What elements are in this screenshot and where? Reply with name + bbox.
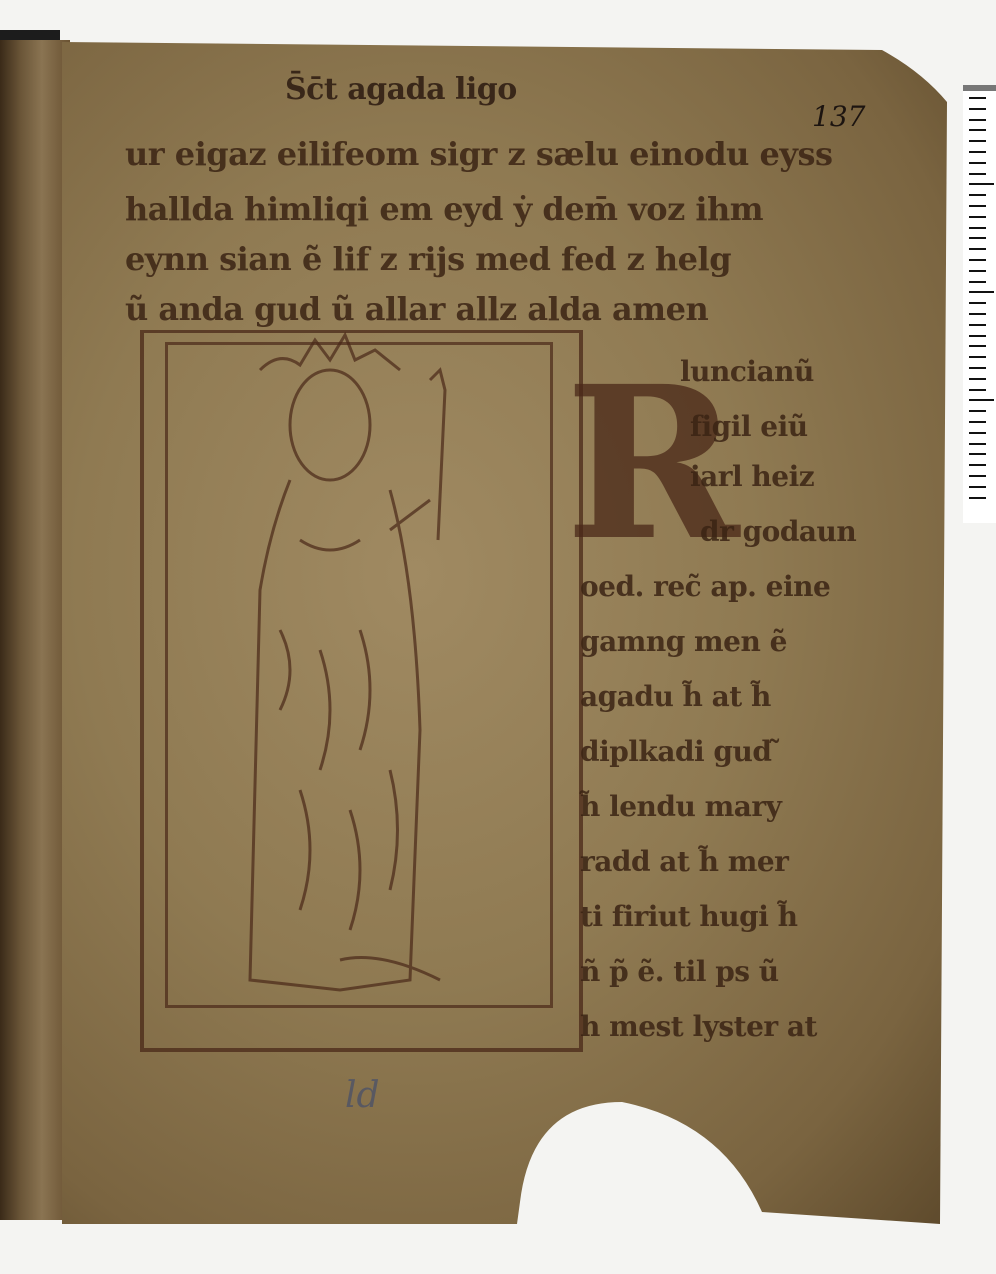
- text-line: eynn sian ẽ lif z rijs med fed z helg: [125, 240, 731, 278]
- ruler-tick: [969, 119, 986, 121]
- ruler-tick: [969, 399, 994, 401]
- column-line: diplkadi gud ̃: [580, 735, 781, 768]
- ruler-tick: [969, 443, 986, 445]
- ruler-tick: [969, 464, 986, 466]
- column-line: h̃ lendu mary: [580, 790, 781, 823]
- column-line: ti firiut hugi h̃: [580, 900, 797, 933]
- column-line: radd at h̃ mer: [580, 845, 788, 878]
- ruler-tick: [969, 378, 986, 380]
- ruler-tick: [969, 129, 986, 131]
- column-line: gamng men ẽ: [580, 625, 787, 658]
- column-line: dr godaun: [700, 515, 856, 548]
- ruler-tick: [969, 270, 986, 272]
- ruler-tick: [969, 486, 986, 488]
- ruler-tick: [969, 389, 986, 391]
- ruler-tick: [969, 324, 986, 326]
- column-line: agadu h̃ at h̃: [580, 680, 771, 713]
- ruler-tick: [969, 302, 986, 304]
- ruler-tick: [969, 237, 986, 239]
- ruler-tick: [969, 313, 986, 315]
- ruler-tick: [969, 410, 986, 412]
- ruler-tick: [969, 475, 986, 477]
- ruler-tick: [969, 248, 986, 250]
- folio-number: 137: [812, 100, 865, 133]
- ruler-tick: [969, 205, 986, 207]
- ruler-tick: [969, 335, 986, 337]
- ruler-tick: [969, 259, 986, 261]
- column-line: luncianũ: [680, 355, 814, 388]
- column-line: ñ p̃ ẽ. til ps ũ: [580, 955, 779, 988]
- ruler-tick: [969, 356, 986, 358]
- ruler-tick: [969, 421, 986, 423]
- ruler-tick: [969, 183, 994, 185]
- column-line: iarl heiz: [690, 460, 814, 493]
- column-line: h mest lyster at: [580, 1010, 817, 1043]
- column-line: oed. rec̃ ap. eine: [580, 570, 830, 603]
- pencil-shelfmark: ld: [345, 1075, 380, 1116]
- ruler-tick: [969, 227, 986, 229]
- text-line: hallda himliqi em eyd ẏ dem̄ voz ihm: [125, 190, 763, 228]
- text-line: ũ anda gud ũ allar allz alda amen: [125, 290, 708, 328]
- ruler-tick: [969, 497, 986, 499]
- ruler-tick: [969, 291, 994, 293]
- ruler-tick: [969, 453, 986, 455]
- ruler-tick: [969, 367, 986, 369]
- heading-rubric: S̄c̄t agada ligo: [285, 72, 517, 107]
- ruler-tick: [969, 108, 986, 110]
- book-spine: [0, 40, 70, 1220]
- ruler-tick: [969, 162, 986, 164]
- ruler-tick: [969, 140, 986, 142]
- ruler-tick: [969, 194, 986, 196]
- ruler-tick: [969, 97, 986, 99]
- ruler-tick: [969, 151, 986, 153]
- ruler-tick: [969, 216, 986, 218]
- column-line: figil eiũ: [690, 410, 808, 443]
- ruler-tick: [969, 173, 986, 175]
- ruler-tick: [969, 345, 986, 347]
- ruler-tick: [969, 281, 986, 283]
- text-line: ur eigaz eilifeom sigr z sælu einodu eys…: [125, 135, 833, 173]
- scale-ruler: [963, 85, 996, 523]
- ruler-tick: [969, 432, 986, 434]
- saint-figure-drawing: [240, 330, 480, 1010]
